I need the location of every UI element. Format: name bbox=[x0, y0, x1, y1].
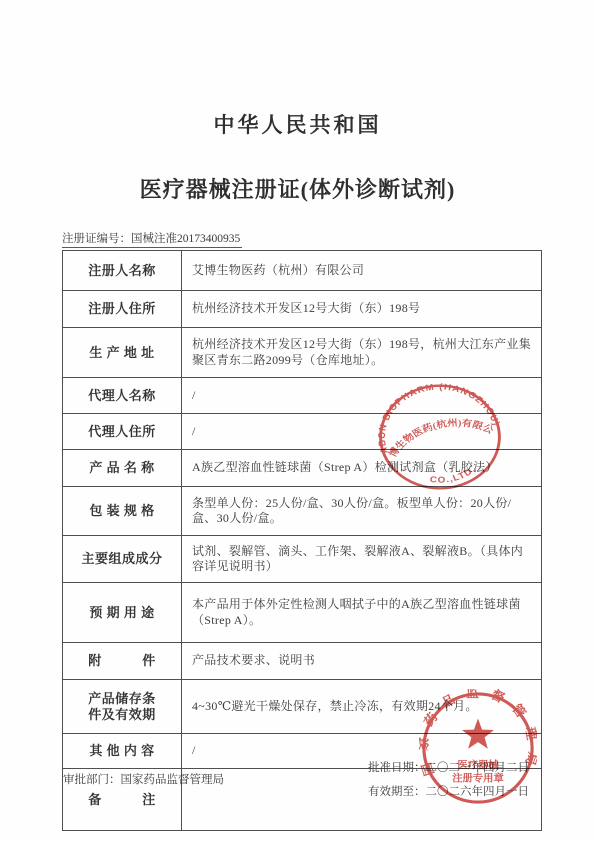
row-label: 代理人住所 bbox=[63, 414, 182, 450]
row-label: 预 期 用 途 bbox=[63, 583, 182, 643]
reg-number-value: 国械注准20173400935 bbox=[131, 233, 240, 245]
table-row: 包 装 规 格条型单人份：25人份/盒、30人份/盒。板型单人份：20人份/盒、… bbox=[63, 487, 542, 536]
row-value: 4~30℃避光干燥处保存，禁止冷冻，有效期24个月。 bbox=[182, 680, 542, 734]
approval-date-label: 批准日期： bbox=[368, 762, 426, 774]
row-value: 条型单人份：25人份/盒、30人份/盒。板型单人份：20人份/盒、30人份/盒。 bbox=[182, 487, 542, 536]
valid-until-line: 有效期至：二〇二六年四月一日 bbox=[368, 783, 529, 799]
row-label: 其 他 内 容 bbox=[63, 734, 182, 769]
table-row: 生 产 地 址杭州经济技术开发区12号大街（东）198号，杭州大江东产业集聚区青… bbox=[63, 328, 542, 378]
cert-title: 医疗器械注册证(体外诊断试剂) bbox=[0, 173, 595, 204]
approval-dept-label: 审批部门： bbox=[63, 774, 121, 786]
row-value: 试剂、裂解管、滴头、工作架、裂解液A、裂解液B。（具体内容详见说明书） bbox=[182, 536, 542, 583]
row-value: / bbox=[182, 378, 542, 414]
table-row: 注册人住所杭州经济技术开发区12号大街（东）198号 bbox=[63, 291, 542, 328]
certificate-page: 中华人民共和国 医疗器械注册证(体外诊断试剂) 注册证编号：国械注准201734… bbox=[0, 0, 595, 842]
row-label: 产品储存条 件及有效期 bbox=[63, 680, 182, 734]
table-row: 附 件产品技术要求、说明书 bbox=[63, 643, 542, 680]
row-label: 附 件 bbox=[63, 643, 182, 680]
table-row: 预 期 用 途本产品用于体外定性检测人咽拭子中的A族乙型溶血性链球菌（Strep… bbox=[63, 583, 542, 643]
table-row: 代理人名称/ bbox=[63, 378, 542, 414]
row-value: 本产品用于体外定性检测人咽拭子中的A族乙型溶血性链球菌（Strep A）。 bbox=[182, 583, 542, 643]
row-value: 杭州经济技术开发区12号大街（东）198号，杭州大江东产业集聚区青东二路2099… bbox=[182, 328, 542, 378]
row-label: 产 品 名 称 bbox=[63, 450, 182, 487]
row-value: 艾博生物医药（杭州）有限公司 bbox=[182, 251, 542, 291]
registration-table: 注册人名称艾博生物医药（杭州）有限公司 注册人住所杭州经济技术开发区12号大街（… bbox=[62, 250, 542, 831]
table-row: 产品储存条 件及有效期4~30℃避光干燥处保存，禁止冷冻，有效期24个月。 bbox=[63, 680, 542, 734]
table-row: 主要组成成分试剂、裂解管、滴头、工作架、裂解液A、裂解液B。（具体内容详见说明书… bbox=[63, 536, 542, 583]
reg-number-label: 注册证编号： bbox=[62, 233, 131, 245]
row-value: 产品技术要求、说明书 bbox=[182, 643, 542, 680]
valid-until-label: 有效期至： bbox=[368, 786, 426, 798]
reg-number-line: 注册证编号：国械注准20173400935 bbox=[62, 230, 242, 246]
row-label: 注册人住所 bbox=[63, 291, 182, 328]
row-label: 包 装 规 格 bbox=[63, 487, 182, 536]
approval-dept-value: 国家药品监督管理局 bbox=[121, 774, 225, 786]
row-label: 注册人名称 bbox=[63, 251, 182, 291]
row-value: / bbox=[182, 414, 542, 450]
table-row: 产 品 名 称A族乙型溶血性链球菌（Strep A）检测试剂盒（乳胶法） bbox=[63, 450, 542, 487]
row-label: 主要组成成分 bbox=[63, 536, 182, 583]
row-value bbox=[182, 769, 542, 831]
table-row: 代理人住所/ bbox=[63, 414, 542, 450]
table-row: 注册人名称艾博生物医药（杭州）有限公司 bbox=[63, 251, 542, 291]
approval-dept-line: 审批部门：国家药品监督管理局 bbox=[63, 771, 224, 787]
country-title: 中华人民共和国 bbox=[0, 109, 595, 139]
valid-until-value: 二〇二六年四月一日 bbox=[426, 786, 530, 798]
row-label: 代理人名称 bbox=[63, 378, 182, 414]
row-label: 生 产 地 址 bbox=[63, 328, 182, 378]
row-value: 杭州经济技术开发区12号大街（东）198号 bbox=[182, 291, 542, 328]
row-value: A族乙型溶血性链球菌（Strep A）检测试剂盒（乳胶法） bbox=[182, 450, 542, 487]
approval-date-line: 批准日期：二〇二一年四月二日 bbox=[368, 759, 529, 775]
approval-date-value: 二〇二一年四月二日 bbox=[426, 762, 530, 774]
